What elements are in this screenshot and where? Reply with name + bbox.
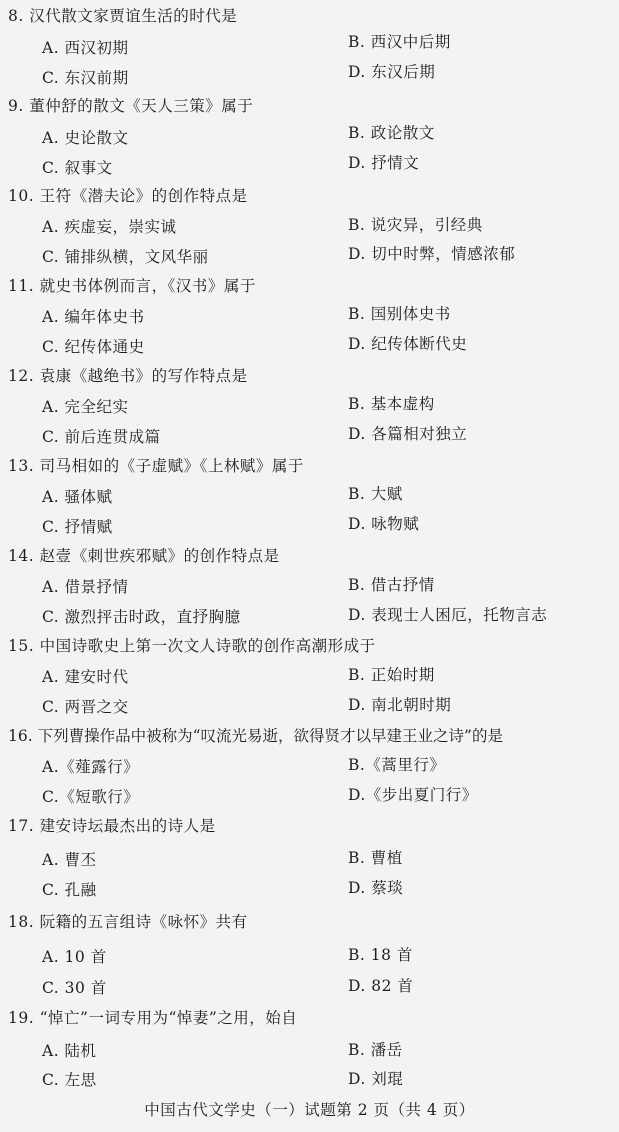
q17-option-b: B. 曹植 [348,848,403,868]
q13-option-c: C. 抒情赋 [42,517,113,537]
q12-option-c: C. 前后连贯成篇 [42,427,161,447]
exam-page: 8. 汉代散文家贾谊生活的时代是 A. 西汉初期 B. 西汉中后期 C. 东汉前… [0,0,619,1132]
q17-option-d: D. 蔡琰 [348,878,403,898]
q16-option-b: B.《蒿里行》 [348,755,445,775]
q10-option-b: B. 说灾异，引经典 [348,215,483,235]
q16-option-c: C.《短歌行》 [42,787,139,807]
q14-option-c: C. 激烈抨击时政，直抒胸臆 [42,607,241,627]
page-footer: 中国古代文学史（一）试题第 2 页（共 4 页） [0,1100,619,1120]
q10-option-c: C. 铺排纵横，文风华丽 [42,247,209,267]
q8-option-d: D. 东汉后期 [348,62,435,82]
q10-option-d: D. 切中时弊，情感浓郁 [348,244,515,264]
question-13-stem: 13. 司马相如的《子虚赋》《上林赋》属于 [8,456,304,476]
q16-option-d: D.《步出夏门行》 [348,785,478,805]
q13-option-b: B. 大赋 [348,484,403,504]
q12-option-a: A. 完全纪实 [42,397,129,417]
q18-option-a: A. 10 首 [42,947,107,967]
q19-option-c: C. 左思 [42,1070,97,1090]
q18-option-c: C. 30 首 [42,978,107,998]
q15-option-c: C. 两晋之交 [42,697,129,717]
q8-option-a: A. 西汉初期 [42,38,129,58]
q17-option-c: C. 孔融 [42,880,97,900]
q15-option-a: A. 建安时代 [42,667,129,687]
question-14-stem: 14. 赵壹《刺世疾邪赋》的创作特点是 [8,546,280,566]
q9-option-c: C. 叙事文 [42,158,113,178]
q18-option-b: B. 18 首 [348,945,413,965]
q14-option-b: B. 借古抒情 [348,575,435,595]
q8-option-c: C. 东汉前期 [42,68,129,88]
question-8-stem: 8. 汉代散文家贾谊生活的时代是 [8,6,237,26]
q17-option-a: A. 曹丕 [42,850,97,870]
q16-option-a: A.《薤露行》 [42,757,139,777]
q19-option-d: D. 刘琨 [348,1069,403,1089]
question-9-stem: 9. 董仲舒的散文《天人三策》属于 [8,96,253,116]
q14-option-a: A. 借景抒情 [42,577,129,597]
q15-option-b: B. 正始时期 [348,665,435,685]
question-19-stem: 19. “悼亡”一词专用为“悼妻”之用，始自 [8,1008,297,1028]
q9-option-a: A. 史论散文 [42,128,129,148]
question-10-stem: 10. 王符《潜夫论》的创作特点是 [8,186,248,206]
q18-option-d: D. 82 首 [348,976,413,996]
q13-option-a: A. 骚体赋 [42,487,113,507]
q10-option-a: A. 疾虚妄，崇实诚 [42,217,177,237]
q19-option-a: A. 陆机 [42,1041,97,1061]
q15-option-d: D. 南北朝时期 [348,695,451,715]
q13-option-d: D. 咏物赋 [348,514,419,534]
q11-option-d: D. 纪传体断代史 [348,334,467,354]
question-12-stem: 12. 袁康《越绝书》的写作特点是 [8,366,248,386]
question-18-stem: 18. 阮籍的五言组诗《咏怀》共有 [8,912,248,932]
question-16-stem: 16. 下列曹操作品中被称为“叹流光易逝，欲得贤才以早建王业之诗”的是 [8,726,503,746]
question-11-stem: 11. 就史书体例而言，《汉书》属于 [8,276,256,296]
q12-option-b: B. 基本虚构 [348,394,435,414]
q8-option-b: B. 西汉中后期 [348,32,451,52]
q11-option-b: B. 国别体史书 [348,304,451,324]
q19-option-b: B. 潘岳 [348,1040,403,1060]
q11-option-a: A. 编年体史书 [42,307,145,327]
q11-option-c: C. 纪传体通史 [42,337,145,357]
q9-option-d: D. 抒情文 [348,153,419,173]
question-15-stem: 15. 中国诗歌史上第一次文人诗歌的创作高潮形成于 [8,636,376,656]
question-17-stem: 17. 建安诗坛最杰出的诗人是 [8,816,216,836]
q9-option-b: B. 政论散文 [348,123,435,143]
q14-option-d: D. 表现士人困厄，托物言志 [348,605,547,625]
q12-option-d: D. 各篇相对独立 [348,424,467,444]
